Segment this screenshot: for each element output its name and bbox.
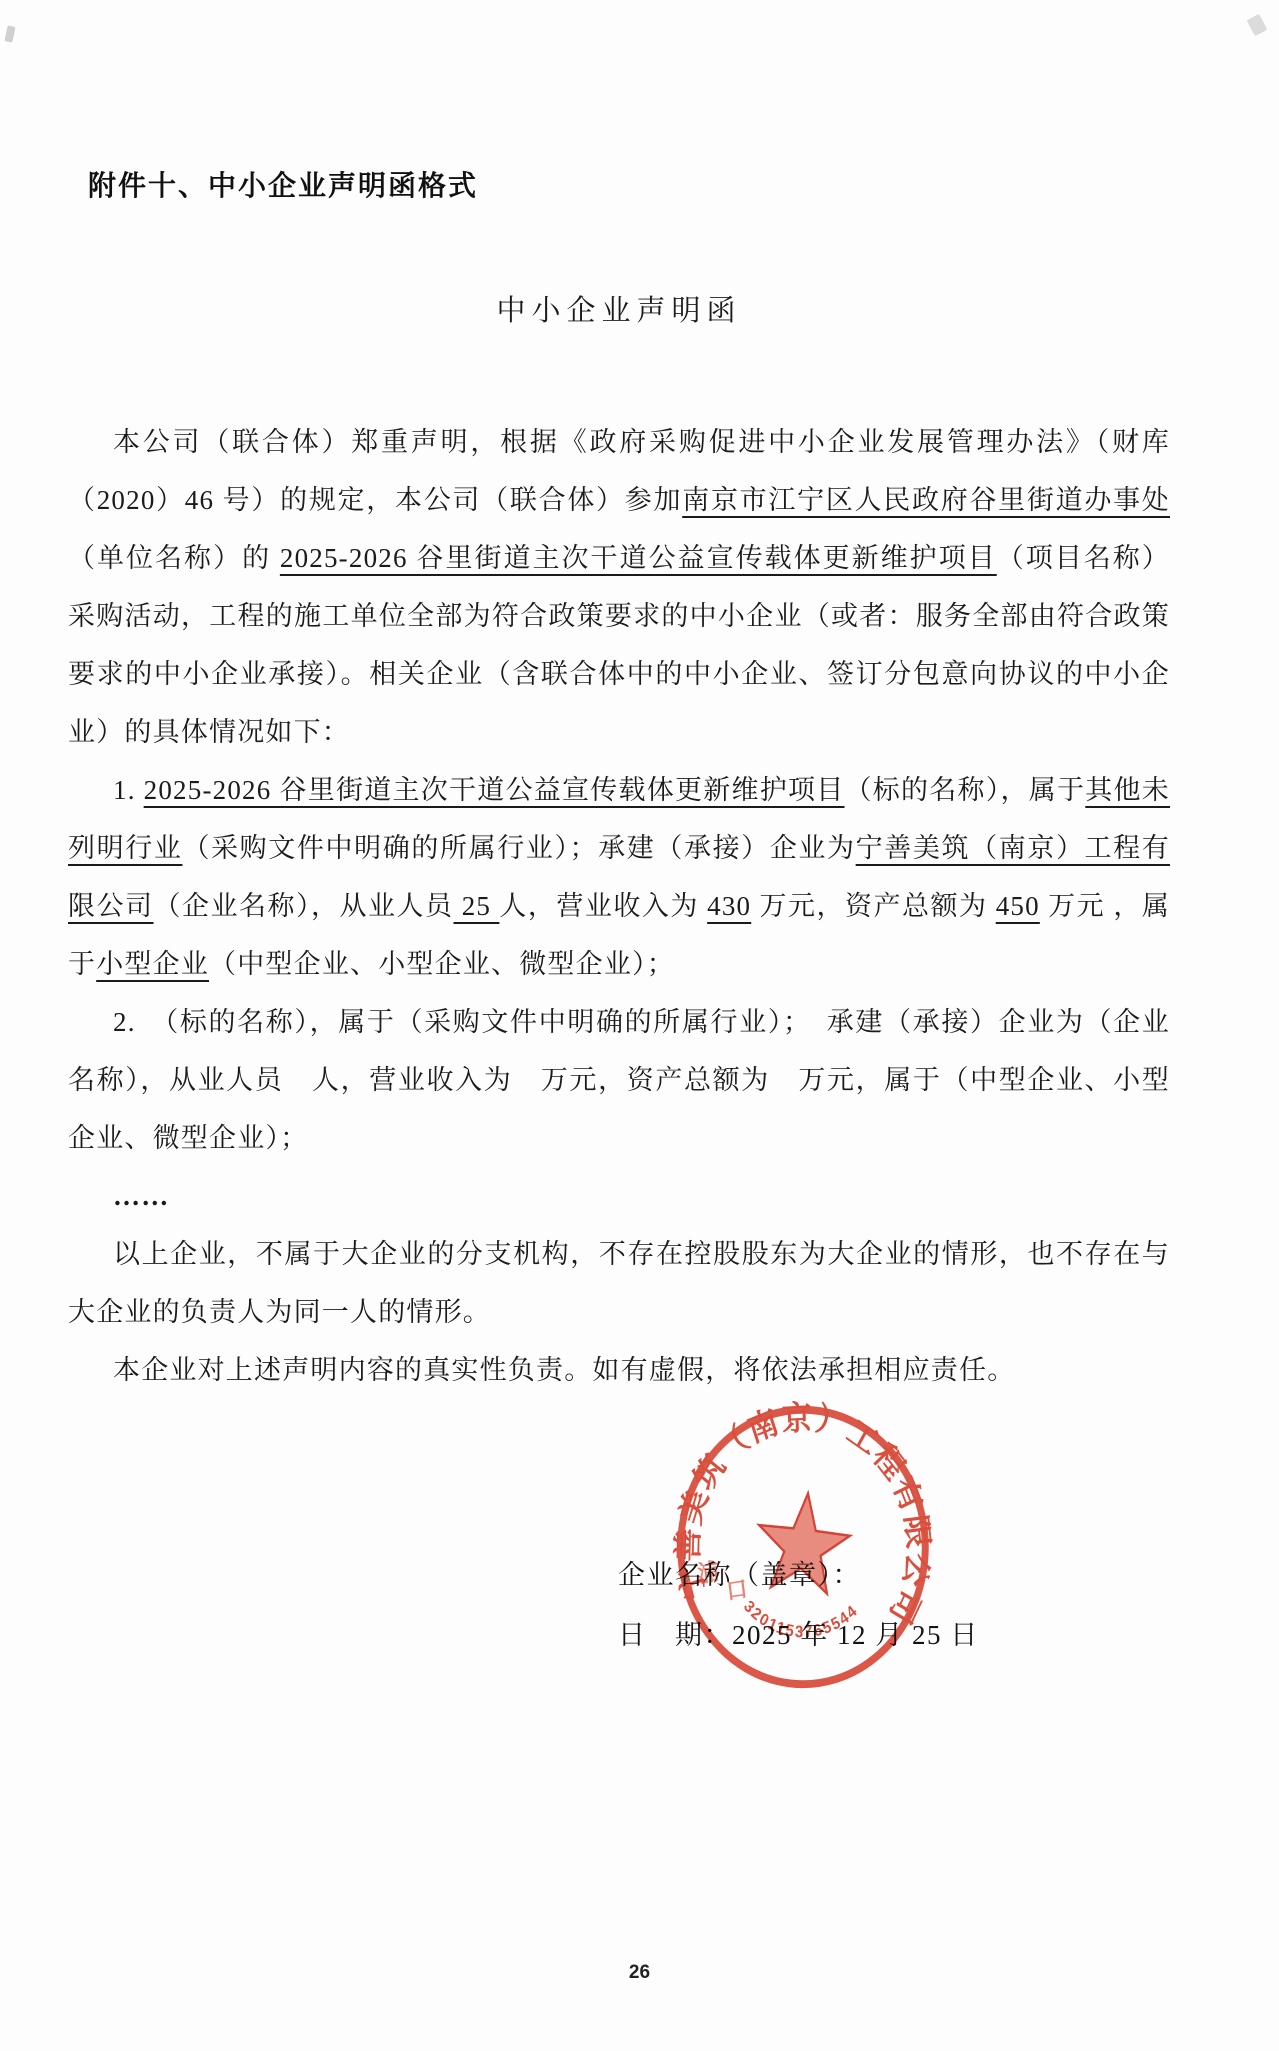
employee-count-field: 25 [453, 891, 499, 921]
text-segment: （企业名称），从业人员 [154, 891, 454, 921]
purchaser-name-field: 南京市江宁区人民政府谷里街道办事处 [682, 485, 1170, 515]
document-body: 附件十、中小企业声明函格式 中小企业声明函 本公司（联合体）郑重声明，根据《政府… [68, 0, 1170, 1399]
closing-paragraph-1: 以上企业，不属于大企业的分支机构，不存在控股股东为大企业的情形，也不存在与大企业… [68, 1225, 1170, 1341]
scanned-document-page: 附件十、中小企业声明函格式 中小企业声明函 本公司（联合体）郑重声明，根据《政府… [0, 0, 1279, 2051]
text-segment: （项目名称）采购活动，工程的施工单位全部为符合政策要求的中小企业（或者：服务全部… [68, 543, 1170, 747]
date-line: 日 期：2025 年 12 月 25 日 [618, 1605, 979, 1665]
attachment-heading: 附件十、中小企业声明函格式 [88, 164, 1170, 204]
item-number: 1. [113, 775, 144, 805]
item-2-paragraph: 2. （标的名称），属于（采购文件中明确的所属行业）； 承建（承接）企业为（企业… [68, 993, 1170, 1167]
scan-artifact [4, 25, 15, 42]
text-segment: （标的名称），属于 [845, 775, 1086, 805]
revenue-field: 430 [707, 891, 751, 921]
closing-paragraph-2: 本企业对上述声明内容的真实性负责。如有虚假，将依法承担相应责任。 [68, 1341, 1170, 1399]
declaration-text: 本公司（联合体）郑重声明，根据《政府采购促进中小企业发展管理办法》（财库（202… [68, 413, 1170, 1399]
project-name-field: 2025-2026 谷里街道主次干道公益宣传载体更新维护项目 [280, 543, 997, 573]
text-segment: （中型企业、小型企业、微型企业）； [209, 949, 675, 979]
text-segment: （单位名称）的 [68, 543, 280, 573]
assets-field: 450 [996, 891, 1040, 921]
text-segment: 万元，资产总额为 [751, 891, 995, 921]
declaration-paragraph: 本公司（联合体）郑重声明，根据《政府采购促进中小企业发展管理办法》（财库（202… [68, 413, 1170, 761]
signature-block: 企业名称（盖章）： 日 期：2025 年 12 月 25 日 [618, 1545, 979, 1665]
ellipsis-paragraph: …… [68, 1167, 1170, 1225]
item-1-paragraph: 1. 2025-2026 谷里街道主次干道公益宣传载体更新维护项目（标的名称），… [68, 761, 1170, 993]
text-segment: （采购文件中明确的所属行业）；承建（承接）企业为 [182, 833, 855, 863]
page-title: 中小企业声明函 [68, 288, 1170, 329]
page-number: 26 [0, 1962, 1279, 1984]
subject-name-field: 2025-2026 谷里街道主次干道公益宣传载体更新维护项目 [144, 775, 845, 805]
enterprise-type-field: 小型企业 [96, 949, 209, 979]
text-segment: 人，营业收入为 [499, 891, 707, 921]
scan-artifact [1247, 14, 1268, 36]
company-stamp-label: 企业名称（盖章）： [618, 1545, 979, 1605]
